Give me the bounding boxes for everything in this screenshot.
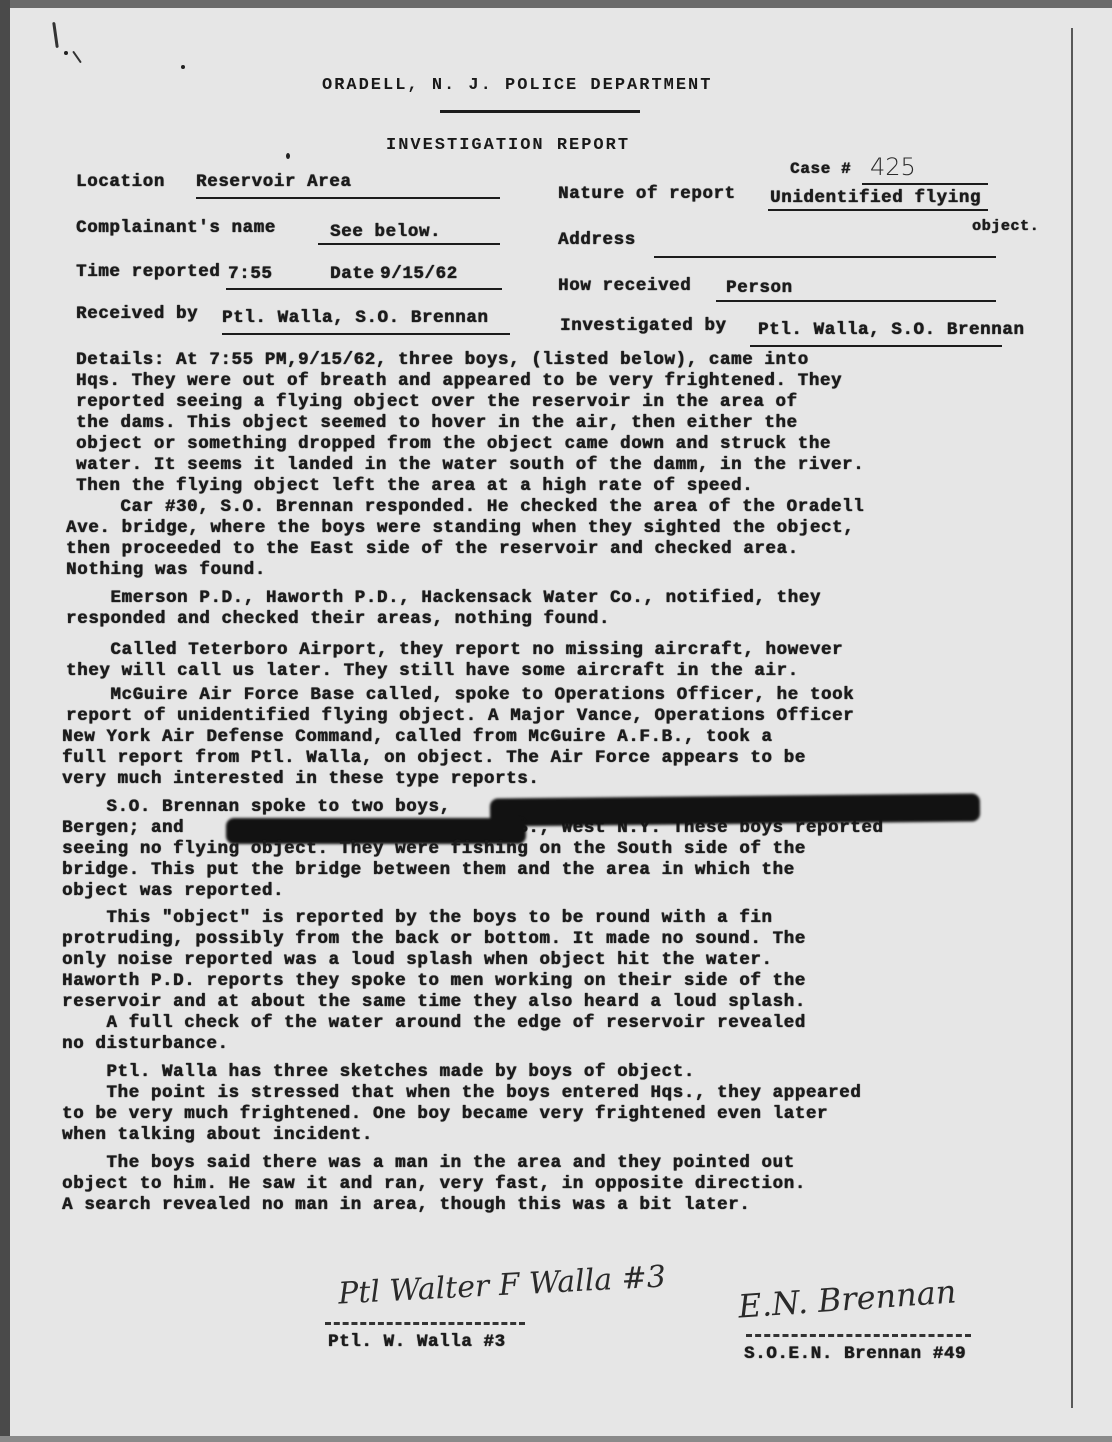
signature-brennan-typed: S.O.E.N. Brennan #49 <box>744 1344 966 1364</box>
nature-value-cont: object. <box>972 218 1039 235</box>
details-line: Details: At 7:55 PM,9/15/62, three boys,… <box>76 350 809 370</box>
received-by-value: Ptl. Walla, S.O. Brennan <box>222 308 488 328</box>
location-underline <box>196 197 500 199</box>
details-line: responded and checked their areas, nothi… <box>66 609 610 629</box>
complainant-value: See below. <box>330 222 441 242</box>
scan-speck <box>64 51 68 55</box>
details-line: This "object" is reported by the boys to… <box>62 908 773 928</box>
details-line: reported seeing a flying object over the… <box>76 392 798 412</box>
details-line: bridge. This put the bridge between them… <box>62 860 795 880</box>
details-line: Ave. bridge, where the boys were standin… <box>66 518 854 538</box>
details-line: Emerson P.D., Haworth P.D., Hackensack W… <box>66 588 821 608</box>
page-edge-line <box>1071 28 1073 1408</box>
case-underline <box>862 183 988 185</box>
department-title: ORADELL, N. J. POLICE DEPARTMENT <box>322 76 712 95</box>
location-label: Location <box>76 172 165 192</box>
location-value: Reservoir Area <box>196 172 351 192</box>
details-line: report of unidentified flying object. A … <box>66 706 854 726</box>
details-line: Hqs. They were out of breath and appeare… <box>76 371 842 391</box>
details-line: Then the flying object left the area at … <box>76 476 753 496</box>
time-date-underline <box>226 288 502 290</box>
details-line: The boys said there was a man in the are… <box>62 1153 795 1173</box>
time-reported-label: Time reported <box>76 262 220 282</box>
details-line: A full check of the water around the edg… <box>62 1013 806 1033</box>
signature-walla-typed: Ptl. W. Walla #3 <box>328 1332 506 1352</box>
details-line: Ptl. Walla has three sketches made by bo… <box>62 1062 695 1082</box>
how-received-underline <box>716 300 996 302</box>
details-line: The point is stressed that when the boys… <box>62 1083 861 1103</box>
details-line: object or something dropped from the obj… <box>76 434 831 454</box>
investigated-by-value: Ptl. Walla, S.O. Brennan <box>758 320 1024 340</box>
scan-speck <box>181 65 185 69</box>
investigated-by-label: Investigated by <box>560 316 727 336</box>
details-line: reservoir and at about the same time the… <box>62 992 806 1012</box>
details-line: to be very much frightened. One boy beca… <box>62 1104 828 1124</box>
details-line: object was reported. <box>62 881 284 901</box>
investigated-by-underline <box>750 345 1002 347</box>
details-line: when talking about incident. <box>62 1125 373 1145</box>
nature-label: Nature of report <box>558 184 736 204</box>
signature-line-brennan <box>746 1334 971 1337</box>
details-line: S.O. Brennan spoke to two boys, <box>62 797 451 817</box>
time-reported-value: 7:55 <box>228 264 272 284</box>
details-line: New York Air Defense Command, called fro… <box>62 727 773 747</box>
received-by-underline <box>222 333 510 335</box>
report-type-title: INVESTIGATION REPORT <box>386 136 630 155</box>
details-line: very much interested in these type repor… <box>62 769 539 789</box>
details-line: then proceeded to the East side of the r… <box>66 539 799 559</box>
details-line: protruding, possibly from the back or bo… <box>62 929 806 949</box>
address-underline <box>654 256 996 258</box>
details-line: seeing no flying object. They were fishi… <box>62 839 806 859</box>
details-line: they will call us later. They still have… <box>66 661 799 681</box>
nature-value: Unidentified flying <box>770 188 981 208</box>
address-label: Address <box>558 230 636 250</box>
details-line: the dams. This object seemed to hover in… <box>76 413 798 433</box>
case-number: 425 <box>870 153 916 181</box>
details-line: Car #30, S.O. Brennan responded. He chec… <box>76 497 864 517</box>
details-line: Nothing was found. <box>66 560 266 580</box>
scan-border-left <box>0 0 10 1442</box>
received-by-label: Received by <box>76 304 198 324</box>
how-received-value: Person <box>726 278 793 298</box>
case-label: Case # <box>790 160 851 178</box>
scan-border-bottom <box>0 1436 1112 1442</box>
details-line: only noise reported was a loud splash wh… <box>62 950 773 970</box>
nature-underline <box>768 209 988 211</box>
signature-line-walla <box>325 1322 525 1325</box>
title-underline <box>440 110 640 113</box>
complainant-label: Complainant's name <box>76 218 276 238</box>
how-received-label: How received <box>558 276 691 296</box>
details-line: Haworth P.D. reports they spoke to men w… <box>62 971 806 991</box>
details-line: McGuire Air Force Base called, spoke to … <box>66 685 854 705</box>
date-label: Date <box>330 264 374 284</box>
scan-speck <box>286 153 290 159</box>
date-value: 9/15/62 <box>380 264 458 284</box>
complainant-underline <box>318 243 500 245</box>
details-line: A search revealed no man in area, though… <box>62 1195 750 1215</box>
details-line: Called Teterboro Airport, they report no… <box>66 640 843 660</box>
details-line: water. It seems it landed in the water s… <box>76 455 864 475</box>
details-line: no disturbance. <box>62 1034 229 1054</box>
details-line: object to him. He saw it and ran, very f… <box>62 1174 806 1194</box>
details-line: full report from Ptl. Walla, on object. … <box>62 748 806 768</box>
redaction-bar <box>490 793 980 826</box>
